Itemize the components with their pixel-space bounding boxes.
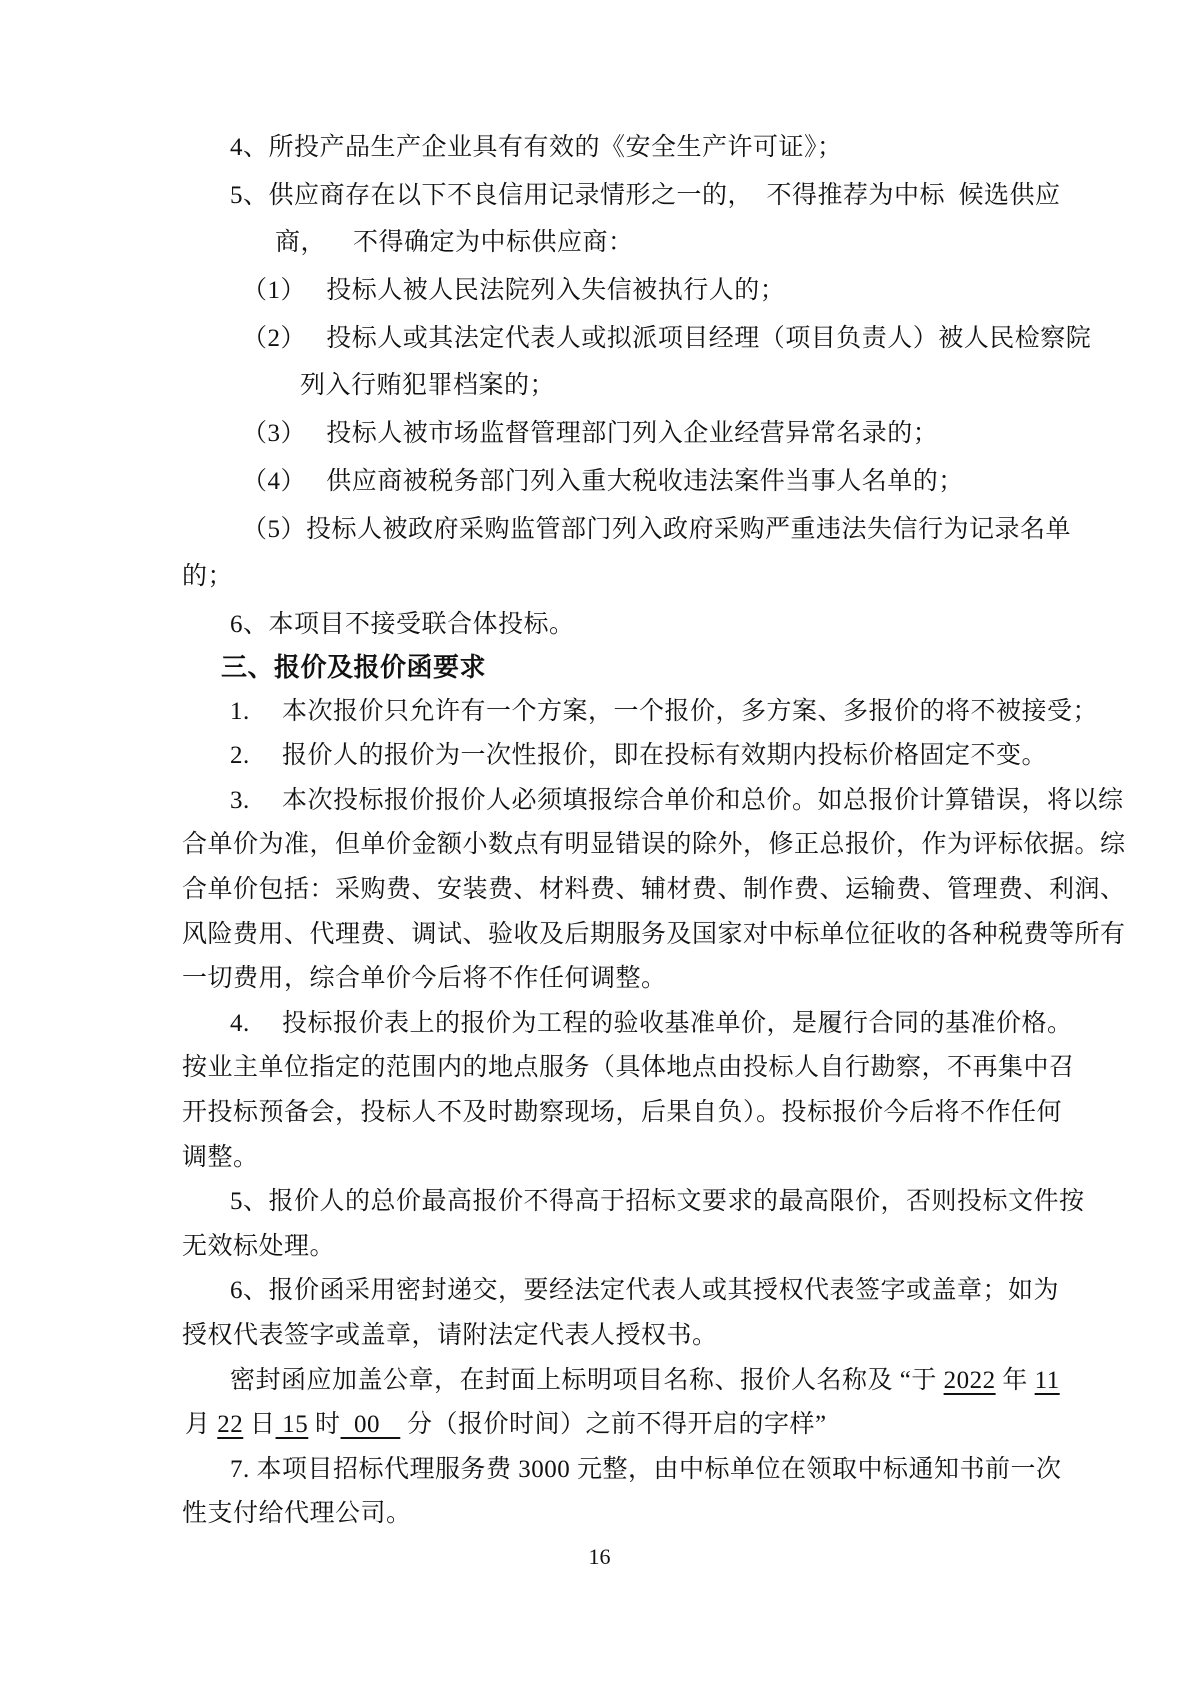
quote-item-4-cont3: 调整。 — [182, 1136, 1159, 1181]
document-page: 4、所投产品生产企业具有有效的《安全生产许可证》；5、供应商存在以下不良信用记录… — [0, 0, 1199, 1696]
quote-item-3-cont1: 合单价为准，但单价金额小数点有明显错误的除外，修正总报价，作为评标依据。综 — [182, 823, 1159, 868]
bad-credit-subitem-2: （2） 投标人或其法定代表人或拟派项目经理（项目负责人）被人民检察院 — [182, 315, 1159, 363]
section-supplier-requirements: 4、所投产品生产企业具有有效的《安全生产许可证》；5、供应商存在以下不良信用记录… — [182, 124, 1159, 649]
section-quotation-requirements: 三、报价及报价函要求1. 本次报价只允许有一个方案，一个报价，多方案、多报价的将… — [182, 645, 1159, 1537]
underlined-value: 2022 — [944, 1367, 996, 1394]
seal-note: 密封函应加盖公章，在封面上标明项目名称、报价人名称及 “于 2022 年 11 — [182, 1359, 1159, 1404]
seal-note-cont: 月 22 日 15 时 00 分（报价时间）之前不得开启的字样” — [182, 1403, 1159, 1448]
bad-credit-subitem-1: （1） 投标人被人民法院列入失信被执行人的； — [182, 267, 1159, 315]
bad-credit-subitem-4: （4） 供应商被税务部门列入重大税收违法案件当事人名单的； — [182, 458, 1159, 506]
quote-item-7: 7. 本项目招标代理服务费 3000 元整，由中标单位在领取中标通知书前一次 — [182, 1448, 1159, 1493]
quote-item-4: 4. 投标报价表上的报价为工程的验收基准单价，是履行合同的基准价格。 — [182, 1002, 1159, 1047]
quote-item-1: 1. 本次报价只允许有一个方案，一个报价，多方案、多报价的将不被接受； — [182, 690, 1159, 735]
supplier-item-5: 5、供应商存在以下不良信用记录情形之一的， 不得推荐为中标 候选供应 — [182, 172, 1159, 220]
quote-item-6-cont: 授权代表签字或盖章，请附法定代表人授权书。 — [182, 1314, 1159, 1359]
quote-item-4-cont2: 开投标预备会，投标人不及时勘察现场，后果自负）。投标报价今后将不作任何 — [182, 1091, 1159, 1136]
page-number: 16 — [0, 1544, 1199, 1570]
bad-credit-subitem-5: （5）投标人被政府采购监管部门列入政府采购严重违法失信行为记录名单 — [182, 506, 1159, 554]
quote-item-3: 3. 本次投标报价报价人必须填报综合单价和总价。如总报价计算错误，将以综 — [182, 779, 1159, 824]
quote-item-4-cont1: 按业主单位指定的范围内的地点服务（具体地点由投标人自行勘察，不再集中召 — [182, 1046, 1159, 1091]
quote-item-3-cont2: 合单价包括：采购费、安装费、材料费、辅材费、制作费、运输费、管理费、利润、 — [182, 868, 1159, 913]
quote-item-7-cont: 性支付给代理公司。 — [182, 1492, 1159, 1537]
supplier-item-6: 6、本项目不接受联合体投标。 — [182, 601, 1159, 649]
underlined-value: 11 — [1035, 1367, 1060, 1394]
quote-item-5-cont: 无效标处理。 — [182, 1225, 1159, 1270]
supplier-item-5-cont: 商， 不得确定为中标供应商： — [182, 219, 1159, 267]
bad-credit-subitem-5-cont: 的； — [182, 553, 1159, 601]
section-heading: 三、报价及报价函要求 — [182, 645, 1159, 690]
supplier-item-4: 4、所投产品生产企业具有有效的《安全生产许可证》； — [182, 124, 1159, 172]
bad-credit-subitem-2-cont: 列入行贿犯罪档案的； — [182, 362, 1159, 410]
quote-item-6: 6、报价函采用密封递交，要经法定代表人或其授权代表签字或盖章；如为 — [182, 1269, 1159, 1314]
quote-item-2: 2. 报价人的报价为一次性报价，即在投标有效期内投标价格固定不变。 — [182, 734, 1159, 779]
underlined-value: 22 — [217, 1411, 243, 1438]
quote-item-5: 5、报价人的总价最高报价不得高于招标文要求的最高限价，否则投标文件按 — [182, 1180, 1159, 1225]
underlined-value: 00 — [341, 1411, 401, 1438]
bad-credit-subitem-3: （3） 投标人被市场监督管理部门列入企业经营异常名录的； — [182, 410, 1159, 458]
quote-item-3-cont4: 一切费用，综合单价今后将不作任何调整。 — [182, 957, 1159, 1002]
quote-item-3-cont3: 风险费用、代理费、调试、验收及后期服务及国家对中标单位征收的各种税费等所有 — [182, 913, 1159, 958]
underlined-value: 15 — [276, 1411, 309, 1438]
